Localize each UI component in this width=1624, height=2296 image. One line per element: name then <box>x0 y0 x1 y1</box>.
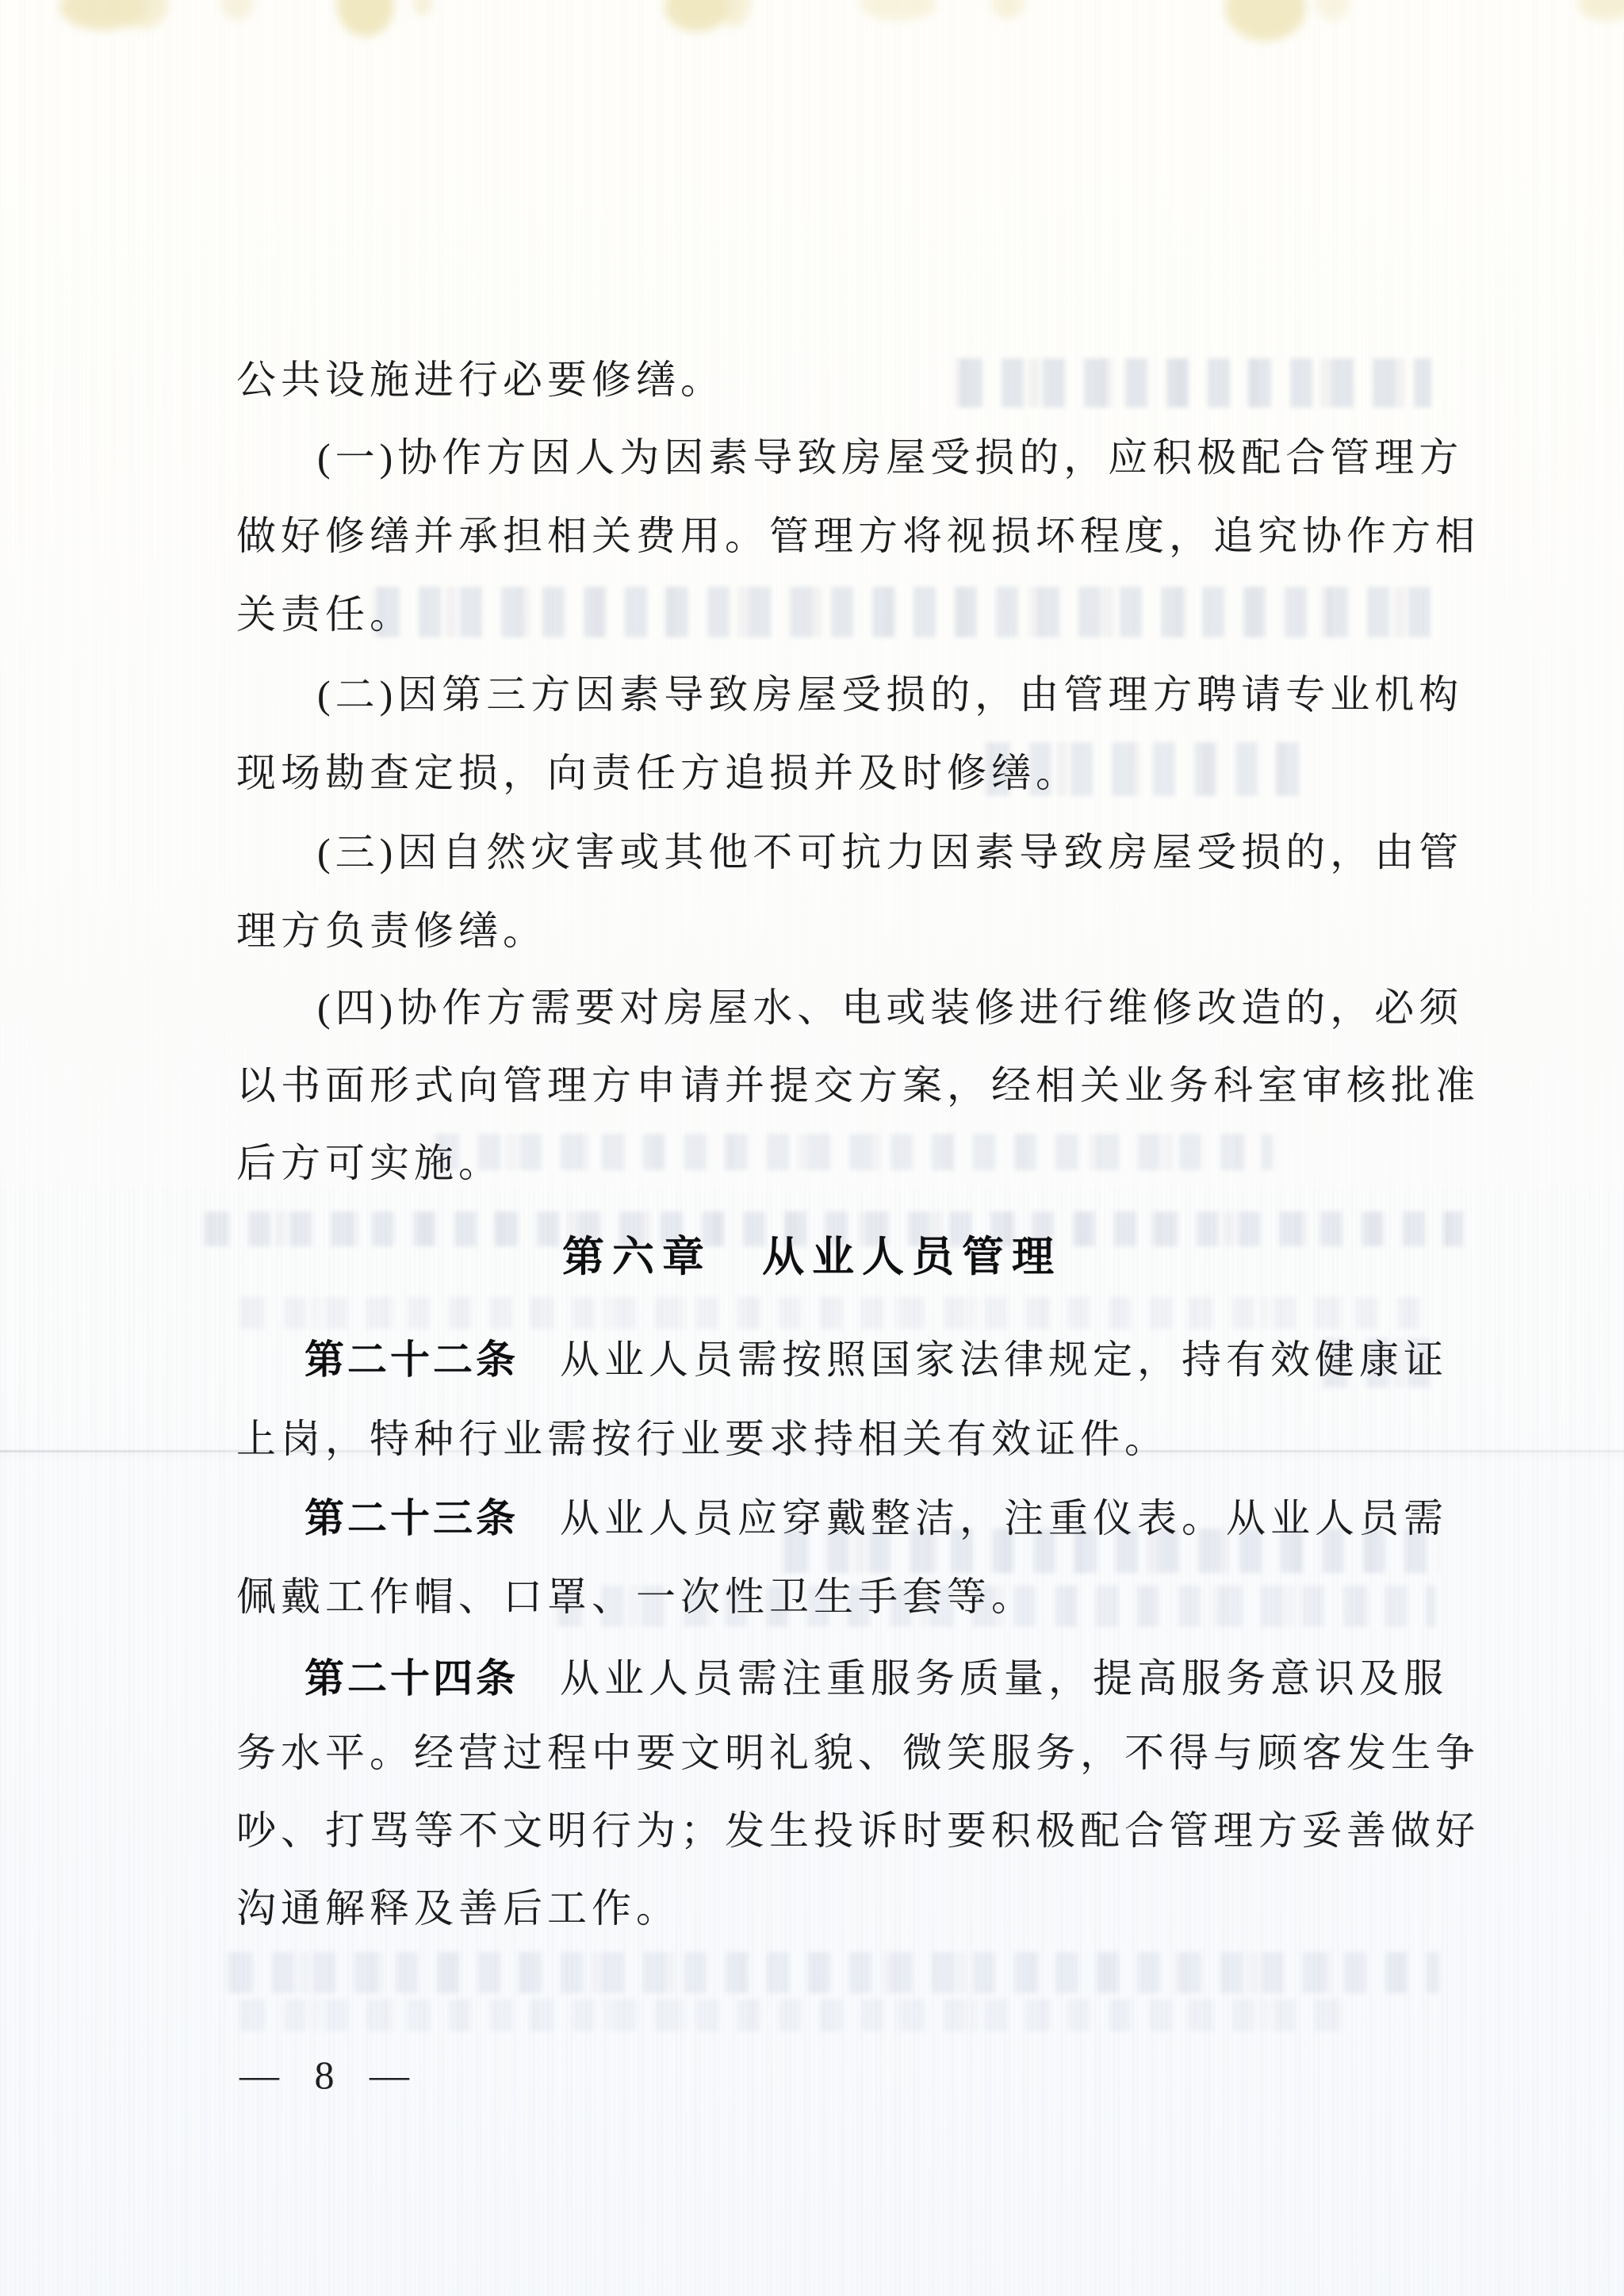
line-text: 从业人员需按照国家法律规定，持有效健康证 <box>560 1337 1448 1382</box>
line-text: 公共设施进行必要修缮。 <box>236 358 725 402</box>
text-line: 吵、打骂等不文明行为；发生投诉时要积极配合管理方妥善做好 <box>236 1806 1480 1855</box>
bleed-through-artifact <box>238 1297 1427 1329</box>
text-line: 沟通解释及善后工作。 <box>236 1884 680 1933</box>
top-edge-smudge <box>220 0 254 21</box>
top-edge-smudge <box>412 0 433 16</box>
line-text: 以书面形式向管理方申请并提交方案，经相关业务科室审核批准 <box>236 1063 1480 1108</box>
article-number-label: 第二十二条 <box>304 1337 519 1382</box>
text-line: 佩戴工作帽、口罩、一次性卫生手套等。 <box>236 1572 1036 1621</box>
text-line: 第二十四条从业人员需注重服务质量，提高服务意识及服 <box>304 1654 1448 1703</box>
text-line: 第二十三条从业人员应穿戴整洁，注重仪表。从业人员需 <box>304 1494 1448 1543</box>
article-number-label: 第二十三条 <box>304 1496 519 1540</box>
line-text: 从业人员应穿戴整洁，注重仪表。从业人员需 <box>560 1496 1448 1540</box>
scanned-document-page: { "document": { "chapter_heading": "第六章 … <box>0 0 1624 2296</box>
line-text: 务水平。经营过程中要文明礼貌、微笑服务，不得与顾客发生争 <box>236 1731 1480 1775</box>
top-edge-smudge <box>1225 0 1306 41</box>
line-text: (二)因第三方因素导致房屋受损的，由管理方聘请专业机构 <box>317 672 1463 717</box>
text-line: 务水平。经营过程中要文明礼貌、微笑服务，不得与顾客发生争 <box>236 1728 1480 1777</box>
text-line: 现场勘查定损，向责任方追损并及时修缮。 <box>236 748 1080 798</box>
line-text: 关责任。 <box>236 592 414 637</box>
text-line: 做好修缮并承担相关费用。管理方将视损坏程度，追究协作方相 <box>236 511 1480 561</box>
top-edge-smudge <box>337 0 394 36</box>
bleed-through-artifact <box>432 1134 1273 1170</box>
line-text: 吵、打骂等不文明行为；发生投诉时要积极配合管理方妥善做好 <box>236 1808 1480 1853</box>
line-text: 理方负责修缮。 <box>236 909 547 953</box>
text-line: 后方可实施。 <box>236 1138 503 1188</box>
top-edge-smudge <box>860 0 936 21</box>
text-line: 以书面形式向管理方申请并提交方案，经相关业务科室审核批准 <box>236 1061 1480 1110</box>
text-line: (三)因自然灾害或其他不可抗力因素导致房屋受损的，由管 <box>317 828 1463 877</box>
text-line: (四)协作方需要对房屋水、电或装修进行维修改造的，必须 <box>317 983 1463 1032</box>
text-line: 理方负责修缮。 <box>236 906 547 955</box>
page-number: — 8 — <box>239 2052 422 2098</box>
line-text: (三)因自然灾害或其他不可抗力因素导致房屋受损的，由管 <box>317 830 1463 874</box>
top-edge-smudge <box>991 0 1025 19</box>
line-text: 沟通解释及善后工作。 <box>236 1886 680 1931</box>
bleed-through-artifact <box>238 1999 1348 2031</box>
text-line: 公共设施进行必要修缮。 <box>236 355 725 404</box>
top-edge-smudge <box>1316 0 1350 21</box>
bleed-through-artifact <box>226 1952 1439 1993</box>
text-line: 第二十二条从业人员需按照国家法律规定，持有效健康证 <box>304 1335 1448 1384</box>
line-text: 佩戴工作帽、口罩、一次性卫生手套等。 <box>236 1575 1036 1619</box>
article-number-label: 第二十四条 <box>304 1656 519 1701</box>
line-text: (四)协作方需要对房屋水、电或装修进行维修改造的，必须 <box>317 985 1463 1030</box>
line-text: (一)协作方因人为因素导致房屋受损的，应积极配合管理方 <box>317 435 1463 480</box>
line-text: 做好修缮并承担相关费用。管理方将视损坏程度，追究协作方相 <box>236 514 1480 558</box>
line-text: 从业人员需注重服务质量，提高服务意识及服 <box>560 1656 1448 1701</box>
text-line: (一)协作方因人为因素导致房屋受损的，应积极配合管理方 <box>317 433 1463 482</box>
bleed-through-artifact <box>373 587 1439 637</box>
text-line: (二)因第三方因素导致房屋受损的，由管理方聘请专业机构 <box>317 670 1463 719</box>
bleed-through-artifact <box>956 358 1431 408</box>
top-edge-smudge <box>718 0 751 27</box>
chapter-heading: 第六章 从业人员管理 <box>0 1234 1624 1281</box>
text-line: 关责任。 <box>236 590 414 639</box>
line-text: 现场勘查定损，向责任方追损并及时修缮。 <box>236 751 1080 795</box>
text-line: 上岗，特种行业需按行业要求持相关有效证件。 <box>236 1414 1169 1464</box>
line-text: 上岗，特种行业需按行业要求持相关有效证件。 <box>236 1417 1169 1461</box>
line-text: 后方可实施。 <box>236 1141 503 1185</box>
top-edge-smudge <box>1578 0 1624 21</box>
